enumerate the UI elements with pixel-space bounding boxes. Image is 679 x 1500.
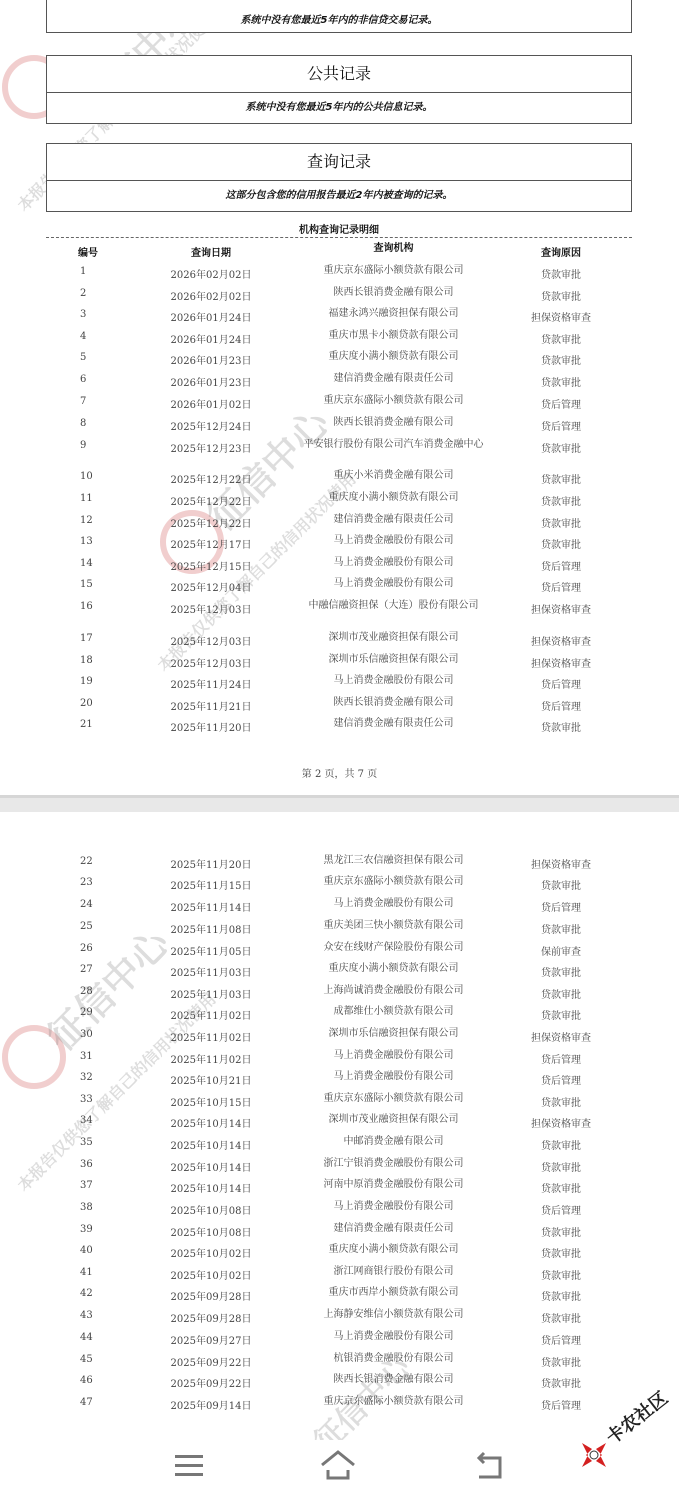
row-institution: 马上消费金融股份有限公司 bbox=[291, 899, 496, 909]
row-institution: 马上消费金融股份有限公司 bbox=[291, 558, 496, 568]
row-institution: 重庆度小满小额贷款有限公司 bbox=[291, 352, 496, 362]
row-number: 23 bbox=[68, 877, 120, 888]
row-reason: 贷款审批 bbox=[511, 1245, 611, 1260]
row-reason: 贷款审批 bbox=[511, 288, 611, 303]
row-institution: 建信消费金融有限责任公司 bbox=[291, 515, 496, 525]
row-institution: 深圳市茂业融资担保有限公司 bbox=[291, 1115, 496, 1125]
row-reason: 贷后管理 bbox=[511, 1072, 611, 1087]
row-institution: 重庆市黑卡小额贷款有限公司 bbox=[291, 331, 496, 341]
row-institution: 成都维仕小额贷款有限公司 bbox=[291, 1007, 496, 1017]
header-reason: 查询原因 bbox=[511, 244, 611, 259]
row-reason: 担保资格审查 bbox=[511, 1029, 611, 1044]
row-number: 8 bbox=[68, 418, 120, 429]
row-date: 2025年12月22日 bbox=[156, 493, 266, 508]
row-reason: 担保资格审查 bbox=[511, 601, 611, 616]
row-number: 39 bbox=[68, 1224, 120, 1235]
row-date: 2026年01月23日 bbox=[156, 374, 266, 389]
row-date: 2026年01月02日 bbox=[156, 396, 266, 411]
row-date: 2025年11月15日 bbox=[156, 877, 266, 892]
row-number: 44 bbox=[68, 1332, 120, 1343]
row-number: 25 bbox=[68, 921, 120, 932]
row-date: 2025年11月24日 bbox=[156, 676, 266, 691]
row-reason: 贷款审批 bbox=[511, 964, 611, 979]
row-institution: 众安在线财产保险股份有限公司 bbox=[291, 943, 496, 953]
row-date: 2025年11月05日 bbox=[156, 943, 266, 958]
row-date: 2025年10月14日 bbox=[156, 1137, 266, 1152]
row-number: 24 bbox=[68, 899, 120, 910]
row-institution: 福建永鸿兴融资担保有限公司 bbox=[291, 309, 496, 319]
community-logo: 卡农社区 bbox=[578, 1405, 678, 1475]
row-date: 2025年12月22日 bbox=[156, 471, 266, 486]
row-number: 45 bbox=[68, 1354, 120, 1365]
row-reason: 贷款审批 bbox=[511, 921, 611, 936]
row-reason: 贷款审批 bbox=[511, 493, 611, 508]
row-number: 36 bbox=[68, 1159, 120, 1170]
row-number: 31 bbox=[68, 1051, 120, 1062]
row-institution: 深圳市茂业融资担保有限公司 bbox=[291, 633, 496, 643]
row-date: 2025年11月20日 bbox=[156, 856, 266, 871]
row-institution: 重庆京东盛际小额贷款有限公司 bbox=[291, 1094, 496, 1104]
row-institution: 马上消费金融股份有限公司 bbox=[291, 676, 496, 686]
row-number: 12 bbox=[68, 515, 120, 526]
row-date: 2025年12月22日 bbox=[156, 515, 266, 530]
row-number: 4 bbox=[68, 331, 120, 342]
header-number: 编号 bbox=[68, 244, 118, 259]
header-institution: 查询机构 bbox=[291, 244, 496, 254]
row-number: 30 bbox=[68, 1029, 120, 1040]
row-reason: 担保资格审查 bbox=[511, 655, 611, 670]
row-reason: 贷后管理 bbox=[511, 698, 611, 713]
row-reason: 贷款审批 bbox=[511, 471, 611, 486]
row-reason: 贷款审批 bbox=[511, 374, 611, 389]
row-number: 42 bbox=[68, 1288, 120, 1299]
row-number: 14 bbox=[68, 558, 120, 569]
row-institution: 陕西长银消费金融有限公司 bbox=[291, 288, 496, 298]
row-number: 20 bbox=[68, 698, 120, 709]
row-reason: 贷款审批 bbox=[511, 1354, 611, 1369]
row-number: 16 bbox=[68, 601, 120, 612]
row-reason: 贷款审批 bbox=[511, 515, 611, 530]
row-institution: 中融信融资担保（大连）股份有限公司 bbox=[291, 601, 496, 611]
row-number: 41 bbox=[68, 1267, 120, 1278]
row-date: 2025年11月02日 bbox=[156, 1007, 266, 1022]
logo-text: 卡农社区 bbox=[600, 1385, 673, 1450]
row-reason: 贷款审批 bbox=[511, 1180, 611, 1195]
row-institution: 杭银消费金融股份有限公司 bbox=[291, 1354, 496, 1364]
row-reason: 贷款审批 bbox=[511, 352, 611, 367]
row-date: 2025年10月02日 bbox=[156, 1267, 266, 1282]
row-date: 2025年09月28日 bbox=[156, 1310, 266, 1325]
row-date: 2025年10月14日 bbox=[156, 1159, 266, 1174]
row-reason: 贷后管理 bbox=[511, 396, 611, 411]
row-institution: 平安银行股份有限公司汽车消费金融中心 bbox=[291, 440, 496, 450]
row-date: 2025年09月22日 bbox=[156, 1354, 266, 1369]
row-date: 2025年10月08日 bbox=[156, 1202, 266, 1217]
row-institution: 陕西长银消费金融有限公司 bbox=[291, 418, 496, 428]
row-number: 19 bbox=[68, 676, 120, 687]
back-button[interactable] bbox=[470, 1446, 510, 1486]
row-reason: 贷款审批 bbox=[511, 1094, 611, 1109]
row-reason: 贷款审批 bbox=[511, 1224, 611, 1239]
row-date: 2025年10月02日 bbox=[156, 1245, 266, 1260]
row-reason: 贷款审批 bbox=[511, 266, 611, 281]
row-date: 2025年10月15日 bbox=[156, 1094, 266, 1109]
row-institution: 马上消费金融股份有限公司 bbox=[291, 1072, 496, 1082]
row-reason: 贷后管理 bbox=[511, 579, 611, 594]
table-title: 机构查询记录明细 bbox=[46, 221, 632, 236]
row-date: 2025年12月03日 bbox=[156, 633, 266, 648]
row-reason: 贷款审批 bbox=[511, 719, 611, 734]
row-reason: 贷款审批 bbox=[511, 986, 611, 1001]
row-reason: 贷后管理 bbox=[511, 558, 611, 573]
row-number: 29 bbox=[68, 1007, 120, 1018]
row-date: 2025年10月14日 bbox=[156, 1115, 266, 1130]
row-reason: 贷款审批 bbox=[511, 1288, 611, 1303]
row-date: 2026年01月24日 bbox=[156, 331, 266, 346]
row-institution: 深圳市乐信融资担保有限公司 bbox=[291, 1029, 496, 1039]
row-number: 17 bbox=[68, 633, 120, 644]
row-institution: 马上消费金融股份有限公司 bbox=[291, 1202, 496, 1212]
row-number: 9 bbox=[68, 440, 120, 451]
row-reason: 担保资格审查 bbox=[511, 856, 611, 871]
row-number: 38 bbox=[68, 1202, 120, 1213]
public-records-box: 公共记录 系统中没有您最近5年内的公共信息记录。 bbox=[46, 55, 632, 124]
row-date: 2025年11月03日 bbox=[156, 964, 266, 979]
row-date: 2025年09月14日 bbox=[156, 1397, 266, 1412]
row-institution: 黑龙江三农信融资担保有限公司 bbox=[291, 856, 496, 866]
public-records-title: 公共记录 bbox=[47, 56, 631, 93]
dashed-divider bbox=[46, 237, 632, 238]
row-number: 11 bbox=[68, 493, 120, 504]
row-number: 28 bbox=[68, 986, 120, 997]
row-date: 2026年02月02日 bbox=[156, 288, 266, 303]
row-number: 6 bbox=[68, 374, 120, 385]
row-date: 2025年12月15日 bbox=[156, 558, 266, 573]
row-reason: 担保资格审查 bbox=[511, 633, 611, 648]
row-date: 2025年09月28日 bbox=[156, 1288, 266, 1303]
public-records-note: 系统中没有您最近5年内的公共信息记录。 bbox=[47, 93, 631, 123]
menu-button[interactable] bbox=[170, 1446, 210, 1486]
row-date: 2025年11月08日 bbox=[156, 921, 266, 936]
row-reason: 贷款审批 bbox=[511, 1007, 611, 1022]
row-institution: 马上消费金融股份有限公司 bbox=[291, 536, 496, 546]
row-date: 2025年12月03日 bbox=[156, 655, 266, 670]
row-institution: 建信消费金融有限责任公司 bbox=[291, 719, 496, 729]
row-number: 35 bbox=[68, 1137, 120, 1148]
row-reason: 贷后管理 bbox=[511, 899, 611, 914]
row-institution: 建信消费金融有限责任公司 bbox=[291, 374, 496, 384]
row-institution: 马上消费金融股份有限公司 bbox=[291, 579, 496, 589]
row-number: 13 bbox=[68, 536, 120, 547]
row-reason: 贷款审批 bbox=[511, 536, 611, 551]
row-date: 2026年01月23日 bbox=[156, 352, 266, 367]
row-number: 26 bbox=[68, 943, 120, 954]
row-institution: 重庆美团三快小额贷款有限公司 bbox=[291, 921, 496, 931]
row-institution: 重庆京东盛际小额贷款有限公司 bbox=[291, 396, 496, 406]
page-separator bbox=[0, 795, 679, 812]
row-date: 2025年11月14日 bbox=[156, 899, 266, 914]
row-institution: 中邮消费金融有限公司 bbox=[291, 1137, 496, 1147]
row-number: 18 bbox=[68, 655, 120, 666]
row-institution: 重庆小米消费金融有限公司 bbox=[291, 471, 496, 481]
row-number: 33 bbox=[68, 1094, 120, 1105]
row-number: 10 bbox=[68, 471, 120, 482]
row-date: 2025年12月17日 bbox=[156, 536, 266, 551]
row-number: 3 bbox=[68, 309, 120, 320]
row-institution: 陕西长银消费金融有限公司 bbox=[291, 698, 496, 708]
row-institution: 上海尚诚消费金融股份有限公司 bbox=[291, 986, 496, 996]
page-indicator: 第 2 页，共 7 页 bbox=[0, 765, 679, 780]
row-reason: 贷款审批 bbox=[511, 440, 611, 455]
query-records-box: 查询记录 这部分包含您的信用报告最近2年内被查询的记录。 bbox=[46, 143, 632, 212]
row-date: 2025年10月08日 bbox=[156, 1224, 266, 1239]
row-number: 22 bbox=[68, 856, 120, 867]
row-reason: 贷款审批 bbox=[511, 331, 611, 346]
row-reason: 担保资格审查 bbox=[511, 309, 611, 324]
logo-icon bbox=[578, 1439, 610, 1471]
row-reason: 贷款审批 bbox=[511, 1310, 611, 1325]
row-date: 2025年11月21日 bbox=[156, 698, 266, 713]
row-reason: 贷款审批 bbox=[511, 1267, 611, 1282]
row-institution: 马上消费金融股份有限公司 bbox=[291, 1332, 496, 1342]
row-number: 40 bbox=[68, 1245, 120, 1256]
row-reason: 贷后管理 bbox=[511, 1202, 611, 1217]
row-number: 32 bbox=[68, 1072, 120, 1083]
row-number: 47 bbox=[68, 1397, 120, 1408]
row-date: 2025年12月23日 bbox=[156, 440, 266, 455]
row-institution: 重庆市西岸小额贷款有限公司 bbox=[291, 1288, 496, 1298]
row-date: 2025年09月22日 bbox=[156, 1375, 266, 1390]
row-reason: 贷款审批 bbox=[511, 1137, 611, 1152]
row-institution: 重庆京东盛际小额贷款有限公司 bbox=[291, 877, 496, 887]
row-date: 2025年09月27日 bbox=[156, 1332, 266, 1347]
row-institution: 深圳市乐信融资担保有限公司 bbox=[291, 655, 496, 665]
row-number: 15 bbox=[68, 579, 120, 590]
row-reason: 贷款审批 bbox=[511, 1159, 611, 1174]
row-institution: 重庆京东盛际小额贷款有限公司 bbox=[291, 1397, 496, 1407]
row-number: 2 bbox=[68, 288, 120, 299]
row-date: 2025年10月21日 bbox=[156, 1072, 266, 1087]
row-date: 2025年11月20日 bbox=[156, 719, 266, 734]
row-number: 21 bbox=[68, 719, 120, 730]
row-institution: 上海静安维信小额贷款有限公司 bbox=[291, 1310, 496, 1320]
row-reason: 贷后管理 bbox=[511, 676, 611, 691]
row-date: 2026年01月24日 bbox=[156, 309, 266, 324]
row-institution: 重庆京东盛际小额贷款有限公司 bbox=[291, 266, 496, 276]
home-icon bbox=[318, 1446, 358, 1486]
non-credit-box: 系统中没有您最近5年内的非信贷交易记录。 bbox=[46, 0, 632, 33]
query-records-note: 这部分包含您的信用报告最近2年内被查询的记录。 bbox=[47, 181, 631, 211]
row-date: 2025年12月04日 bbox=[156, 579, 266, 594]
home-button[interactable] bbox=[318, 1446, 358, 1486]
row-reason: 贷款审批 bbox=[511, 877, 611, 892]
row-number: 43 bbox=[68, 1310, 120, 1321]
row-institution: 陕西长银消费金融有限公司 bbox=[291, 1375, 496, 1385]
row-institution: 建信消费金融有限责任公司 bbox=[291, 1224, 496, 1234]
back-icon bbox=[470, 1446, 510, 1486]
row-institution: 重庆度小满小额贷款有限公司 bbox=[291, 1245, 496, 1255]
row-institution: 浙江网商银行股份有限公司 bbox=[291, 1267, 496, 1277]
row-number: 27 bbox=[68, 964, 120, 975]
query-records-title: 查询记录 bbox=[47, 144, 631, 181]
header-date: 查询日期 bbox=[156, 244, 266, 259]
row-institution: 重庆度小满小额贷款有限公司 bbox=[291, 493, 496, 503]
row-number: 7 bbox=[68, 396, 120, 407]
row-date: 2025年11月03日 bbox=[156, 986, 266, 1001]
row-institution: 浙江宁银消费金融股份有限公司 bbox=[291, 1159, 496, 1169]
row-reason: 担保资格审查 bbox=[511, 1115, 611, 1130]
row-number: 37 bbox=[68, 1180, 120, 1191]
seal-watermark bbox=[2, 1025, 66, 1089]
row-reason: 贷后管理 bbox=[511, 1051, 611, 1066]
row-date: 2025年12月24日 bbox=[156, 418, 266, 433]
non-credit-note: 系统中没有您最近5年内的非信贷交易记录。 bbox=[47, 0, 631, 32]
row-date: 2025年11月02日 bbox=[156, 1051, 266, 1066]
row-institution: 河南中原消费金融股份有限公司 bbox=[291, 1180, 496, 1190]
row-institution: 重庆度小满小额贷款有限公司 bbox=[291, 964, 496, 974]
row-reason: 贷后管理 bbox=[511, 1332, 611, 1347]
row-date: 2025年12月03日 bbox=[156, 601, 266, 616]
row-reason: 贷款审批 bbox=[511, 1375, 611, 1390]
row-date: 2025年10月14日 bbox=[156, 1180, 266, 1195]
menu-icon bbox=[170, 1446, 210, 1486]
row-number: 1 bbox=[68, 266, 120, 277]
row-number: 5 bbox=[68, 352, 120, 363]
row-reason: 保前审查 bbox=[511, 943, 611, 958]
row-date: 2026年02月02日 bbox=[156, 266, 266, 281]
row-institution: 马上消费金融股份有限公司 bbox=[291, 1051, 496, 1061]
row-number: 34 bbox=[68, 1115, 120, 1126]
row-date: 2025年11月02日 bbox=[156, 1029, 266, 1044]
row-number: 46 bbox=[68, 1375, 120, 1386]
row-reason: 贷后管理 bbox=[511, 418, 611, 433]
